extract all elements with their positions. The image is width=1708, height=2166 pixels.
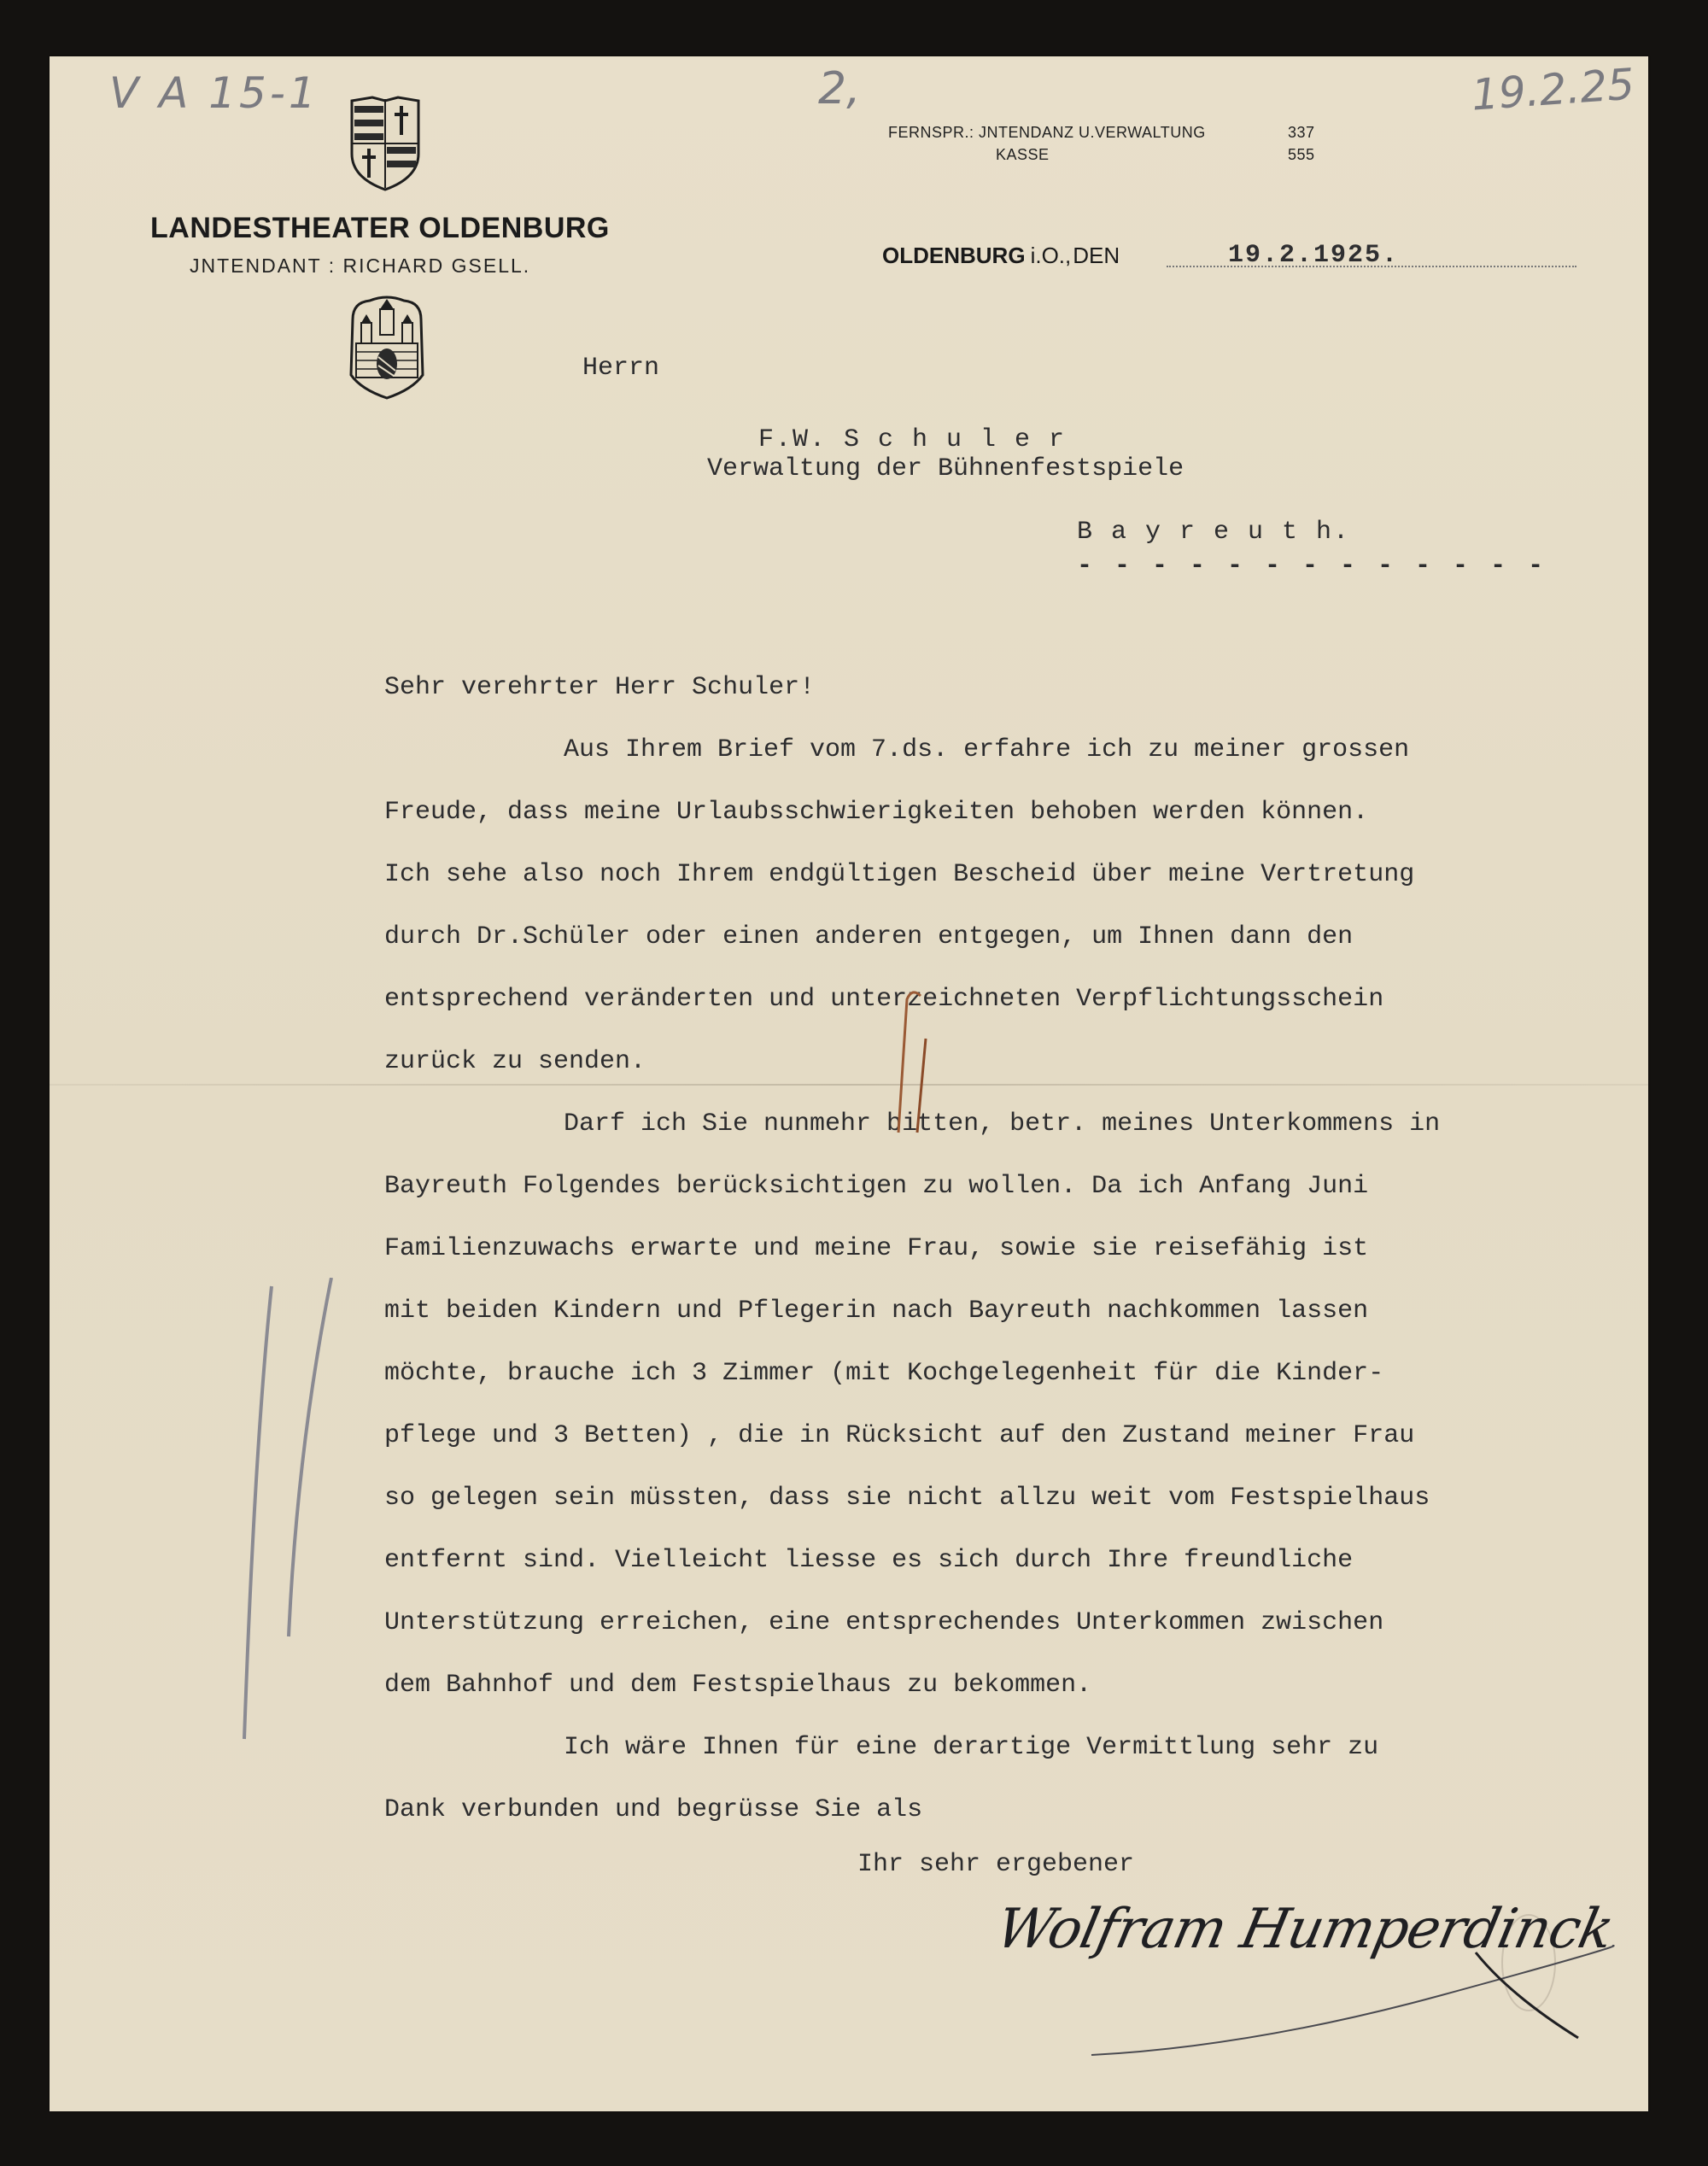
- phone-row: KASSE 555: [888, 143, 1315, 166]
- body-line: pflege und 3 Betten) , die in Rücksicht …: [384, 1421, 1414, 1450]
- body-line: mit beiden Kindern und Pflegerin nach Ba…: [384, 1297, 1368, 1326]
- letter-page: V A 15-1 2, 19.2.25 LANDESTHEATER OLDENB…: [50, 56, 1648, 2111]
- oldenburg-city-crest-icon: [344, 294, 430, 401]
- letter-date: 19.2.1925.: [1228, 241, 1399, 270]
- greeting: Sehr verehrter Herr Schuler!: [384, 673, 815, 702]
- recipient-name: F.W. S c h u l e r: [758, 425, 1066, 454]
- signature-flourish-icon: [997, 1893, 1629, 2064]
- body-line: so gelegen sein müssten, dass sie nicht …: [384, 1484, 1430, 1513]
- phone-numbers: FERNSPR.: JNTENDANZ U.VERWALTUNG 337 KAS…: [888, 121, 1315, 166]
- body-line: Unterstützung erreichen, eine entspreche…: [384, 1608, 1383, 1637]
- phone-row: FERNSPR.: JNTENDANZ U.VERWALTUNG 337: [888, 121, 1315, 143]
- body-line: Aus Ihrem Brief vom 7.ds. erfahre ich zu…: [384, 735, 1409, 764]
- body-line: entfernt sind. Vielleicht liesse es sich…: [384, 1546, 1353, 1575]
- page-number: 2,: [818, 63, 861, 114]
- handwritten-date: 19.2.25: [1470, 59, 1635, 120]
- den-label: DEN: [1073, 243, 1120, 269]
- body-line: Familienzuwachs erwarte und meine Frau, …: [384, 1234, 1368, 1263]
- city-suffix: i.O.,: [1031, 243, 1072, 269]
- city-underline: - - - - - - - - - - - - -: [1077, 552, 1547, 581]
- body-line: Ich wäre Ihnen für eine derartige Vermit…: [384, 1733, 1378, 1762]
- body-line: durch Dr.Schüler oder einen anderen entg…: [384, 922, 1353, 951]
- archive-number: V A 15-1: [109, 68, 319, 118]
- body-line: Dank verbunden und begrüsse Sie als: [384, 1795, 922, 1824]
- oldenburg-state-crest-icon: [347, 94, 424, 192]
- recipient-organization: Verwaltung der Bühnenfestspiele: [707, 454, 1184, 483]
- signature: Wolfram Humperdinck: [997, 1893, 1629, 2064]
- letterhead-title: LANDESTHEATER OLDENBURG: [150, 212, 610, 245]
- letterhead-subtitle: JNTENDANT : RICHARD GSELL.: [190, 255, 530, 278]
- paper-fold-line: [50, 1084, 1648, 1086]
- place-date-line: OLDENBURG i.O., DEN: [882, 243, 1120, 269]
- city: OLDENBURG: [882, 243, 1026, 269]
- recipient-city: B a y r e u t h.: [1077, 518, 1350, 547]
- margin-double-line-icon: [237, 1278, 348, 1756]
- body-line: Bayreuth Folgendes berücksichtigen zu wo…: [384, 1172, 1368, 1201]
- body-line: Ich sehe also noch Ihrem endgültigen Bes…: [384, 860, 1414, 889]
- paperclip-rust-mark-icon: [895, 987, 946, 1141]
- body-line: dem Bahnhof und dem Festspielhaus zu bek…: [384, 1671, 1091, 1700]
- address-herrn: Herrn: [582, 354, 659, 383]
- body-line: Freude, dass meine Urlaubsschwierigkeite…: [384, 798, 1368, 827]
- body-line: entsprechend veränderten und unterzeichn…: [384, 985, 1383, 1014]
- body-line: zurück zu senden.: [384, 1047, 646, 1076]
- body-line: möchte, brauche ich 3 Zimmer (mit Kochge…: [384, 1359, 1383, 1388]
- closing-phrase: Ihr sehr ergebener: [857, 1850, 1134, 1879]
